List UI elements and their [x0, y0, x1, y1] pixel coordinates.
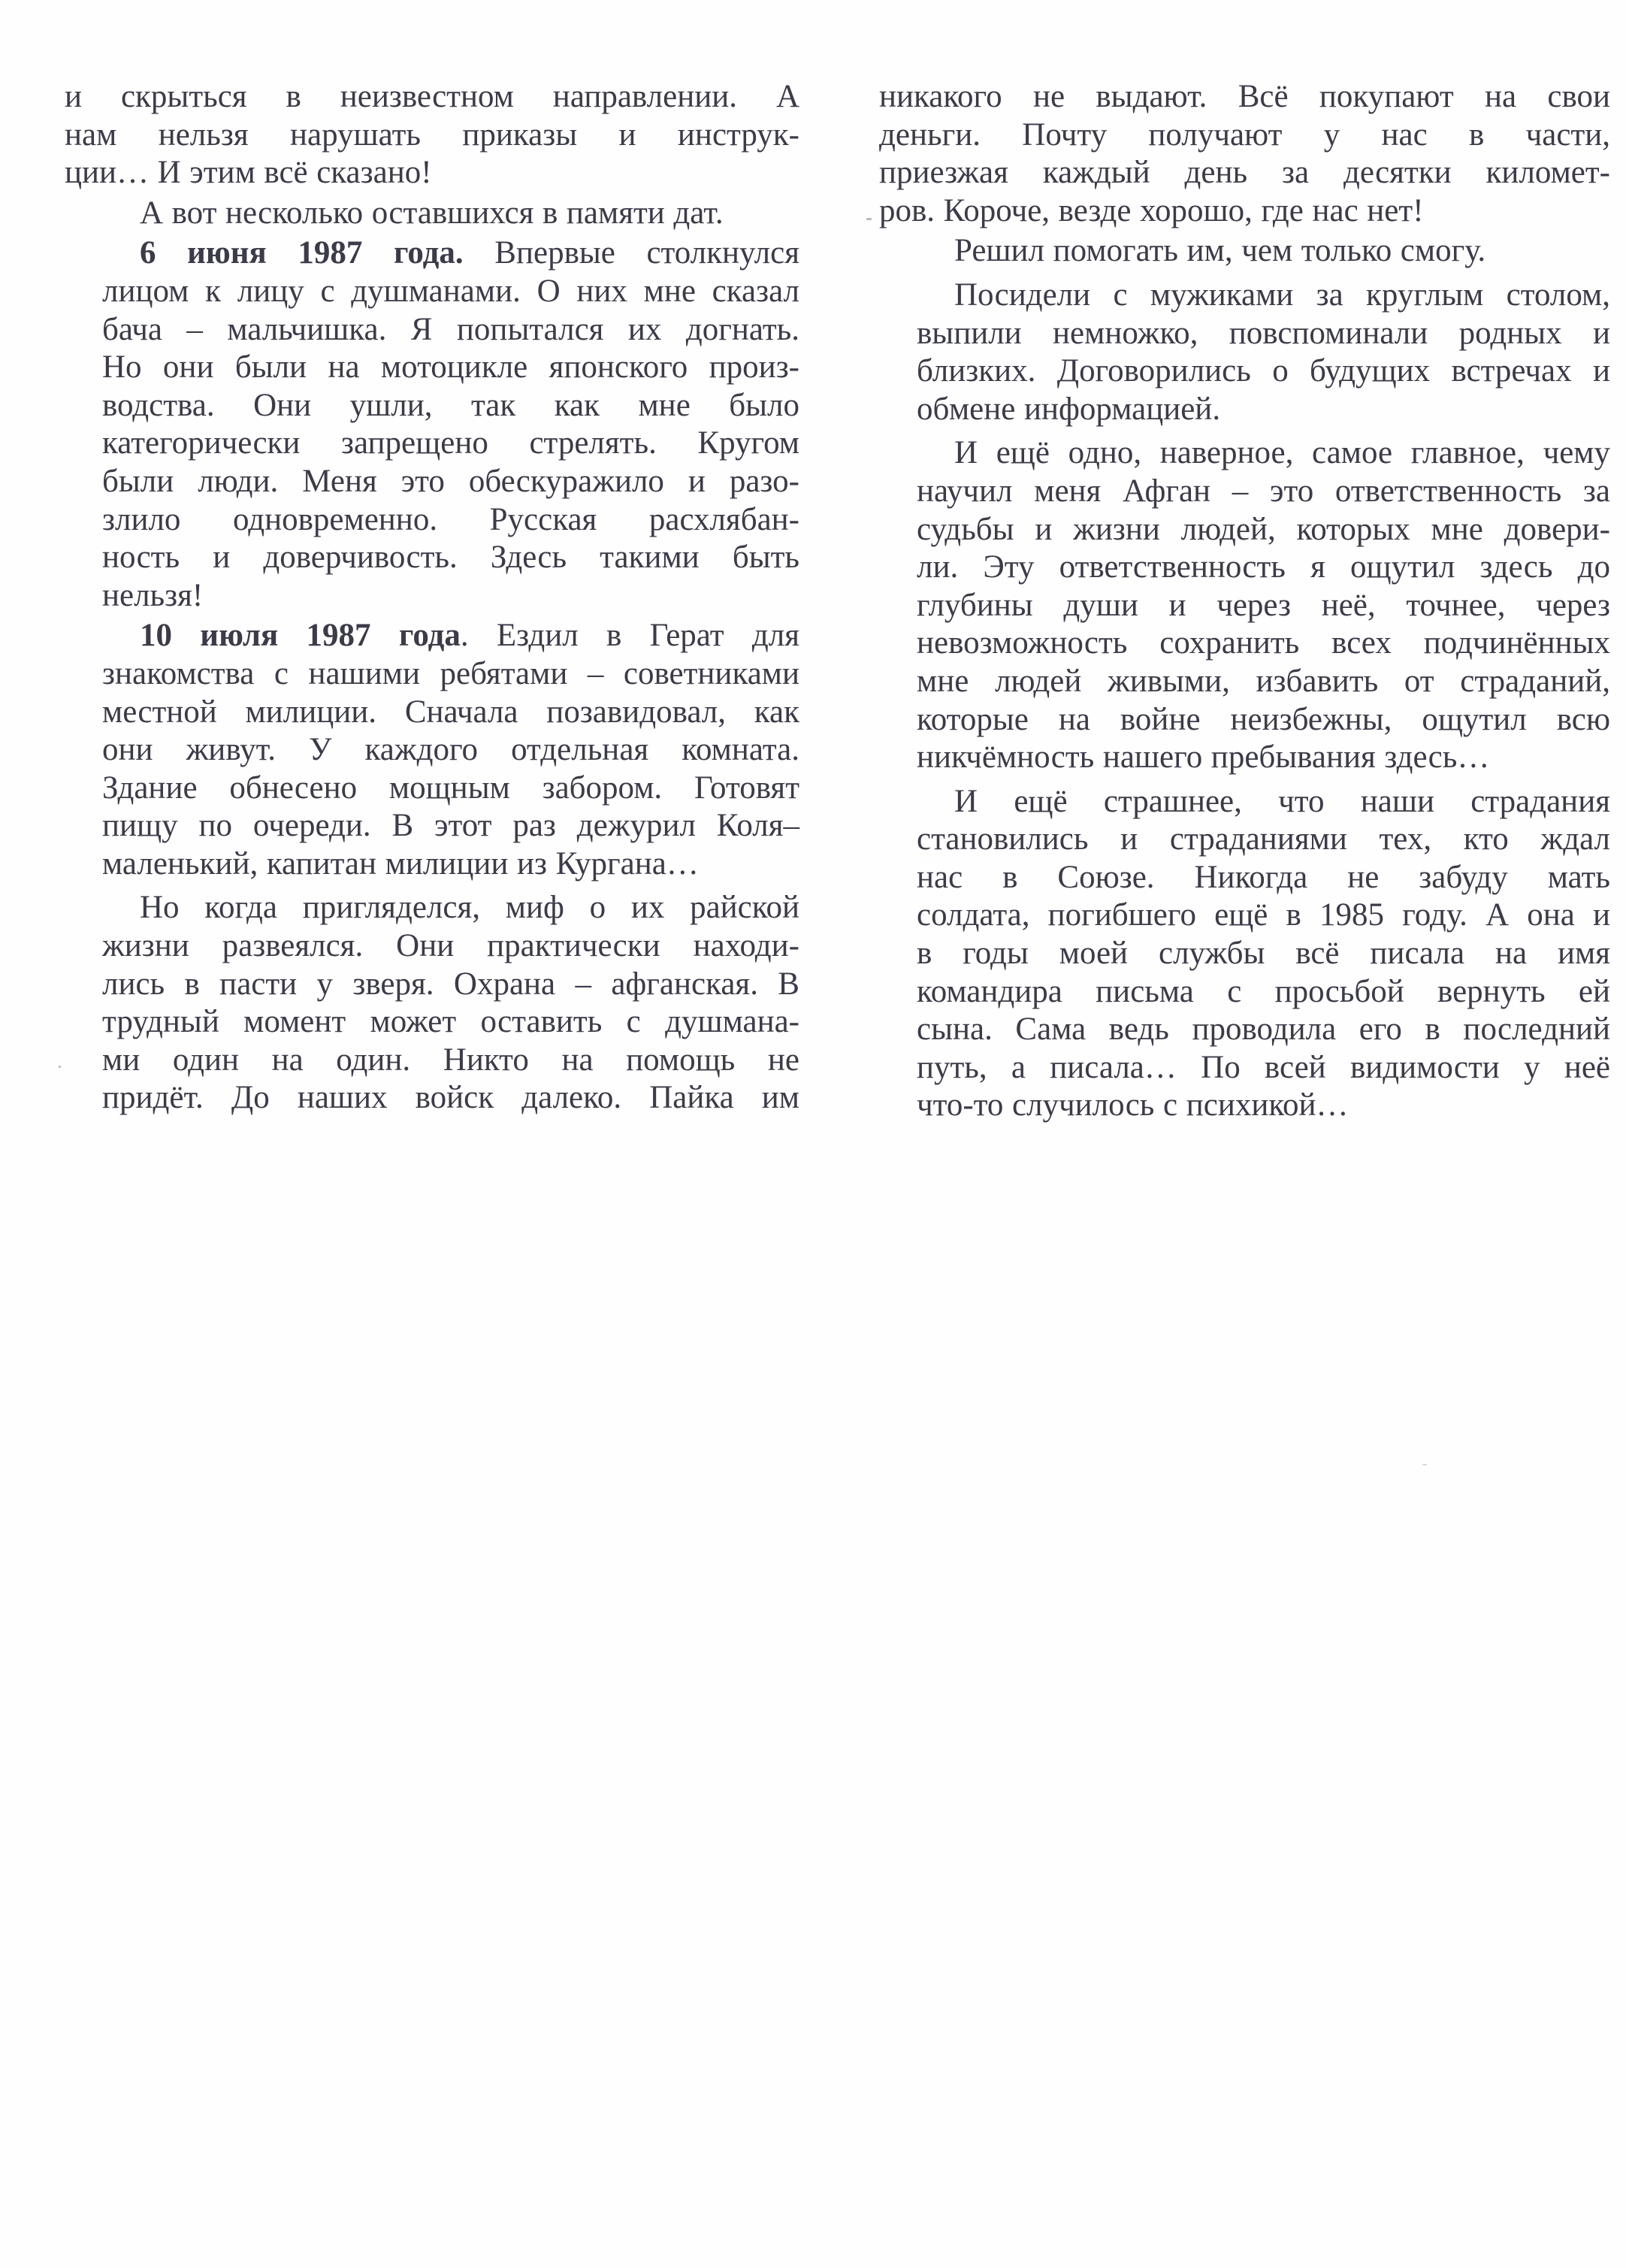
- text-line: путь, а писала… По всей видимости у неё: [879, 1049, 1610, 1087]
- text-line: выпили немножко, повспоминали родных и: [879, 315, 1610, 353]
- text-line: приезжая каждый день за десятки километ-: [879, 154, 1610, 192]
- text-line: Но когда пригляделся, миф о их райской: [65, 889, 799, 927]
- text-line: сына. Сама ведь проводила его в последни…: [879, 1011, 1610, 1049]
- text-line: судьбы и жизни людей, которых мне довери…: [879, 511, 1610, 549]
- text-line: пищу по очереди. В этот раз дежурил Коля…: [65, 807, 799, 845]
- text-line: нам нельзя нарушать приказы и инструк-: [65, 116, 799, 155]
- paragraph-myth: Но когда пригляделся, миф о их райской ж…: [65, 889, 799, 1117]
- paragraph-continued: и скрыться в неизвестном направлении. А …: [65, 78, 799, 192]
- text-line: солдата, погибшего ещё в 1985 году. А он…: [879, 897, 1610, 935]
- paragraph-july-10: 10 июля 1987 года. Ездил в Герат для зна…: [65, 617, 799, 883]
- paragraph-decided-to-help: Решил помогать им, чем только смогу.: [879, 232, 1610, 271]
- text-line: придёт. До наших войск далеко. Пайка им: [65, 1079, 799, 1117]
- text-line: лись в пасти у зверя. Охрана – афганская…: [65, 966, 799, 1004]
- text-line: мне людей живыми, избавить от страданий,: [879, 663, 1610, 701]
- paragraph-mother: И ещё страшнее, что наши страдания стано…: [879, 783, 1610, 1125]
- text-line: ров. Короче, везде хорошо, где нас нет!: [879, 192, 1610, 231]
- left-text-column: и скрыться в неизвестном направлении. А …: [65, 78, 799, 1120]
- text-line: нас в Союзе. Никогда не забуду мать: [879, 859, 1610, 897]
- text-line: знакомства с нашими ребятами – советника…: [65, 655, 799, 694]
- text-line: трудный момент может оставить с душмана-: [65, 1003, 799, 1042]
- text-line: они живут. У каждого отдельная комната.: [65, 731, 799, 770]
- text-line: ми один на один. Никто на помощь не: [65, 1042, 799, 1080]
- text-line: жизни развеялся. Они практически находи-: [65, 927, 799, 966]
- text-line: категорически запрещено стрелять. Кругом: [65, 425, 799, 463]
- paragraph-continued: никакого не выдают. Всё покупают на свои…: [879, 78, 1610, 230]
- text-line: злило одновременно. Русская расхлябан-: [65, 501, 799, 540]
- text-line: нельзя!: [65, 577, 799, 615]
- scan-speck: [59, 1066, 61, 1068]
- text-line: в годы моей службы всё писала на имя: [879, 935, 1610, 973]
- scan-speck: [866, 218, 872, 220]
- text-line: Посидели с мужиками за круглым столом,: [879, 277, 1610, 315]
- text-line: маленький, капитан милиции из Кургана…: [65, 845, 799, 884]
- text-fragment: . Ездил в Герат для: [461, 618, 799, 653]
- text-line: которые на войне неизбежны, ощутил всю: [879, 701, 1610, 739]
- text-line: лицом к лицу с душманами. О них мне сказ…: [65, 273, 799, 311]
- text-line: местной милиции. Сначала позавидовал, ка…: [65, 694, 799, 732]
- text-line: что-то случилось с психикой…: [879, 1087, 1610, 1125]
- paragraph-june-6: 6 июня 1987 года. Впервые столкнулся лиц…: [65, 234, 799, 615]
- text-line: никчёмность нашего пребывания здесь…: [879, 739, 1610, 777]
- text-line: Но они были на мотоцикле японского произ…: [65, 349, 799, 387]
- text-line: деньги. Почту получают у нас в части,: [879, 116, 1610, 155]
- text-line: глубины души и через неё, точнее, через: [879, 587, 1610, 625]
- text-line: обмене информацией.: [879, 391, 1610, 429]
- text-line: Здание обнесено мощным забором. Готовят: [65, 770, 799, 808]
- text-line: никакого не выдают. Всё покупают на свои: [879, 78, 1610, 116]
- text-line: И ещё страшнее, что наши страдания: [879, 783, 1610, 821]
- paragraph-responsibility: И ещё одно, наверное, самое главное, чем…: [879, 434, 1610, 776]
- text-line: И ещё одно, наверное, самое главное, чем…: [879, 434, 1610, 473]
- text-line: невозможность сохранить всех подчинённых: [879, 624, 1610, 663]
- text-line: водства. Они ушли, так как мне было: [65, 387, 799, 425]
- text-line: 6 июня 1987 года. Впервые столкнулся: [65, 234, 799, 273]
- text-line: ции… И этим всё сказано!: [65, 154, 799, 192]
- text-line: 10 июля 1987 года. Ездил в Герат для: [65, 617, 799, 655]
- text-line: Решил помогать им, чем только смогу.: [879, 232, 1610, 271]
- paragraph-dates-intro: А вот несколько оставшихся в памяти дат.: [65, 195, 799, 233]
- text-line: близких. Договорились о будущих встречах…: [879, 352, 1610, 391]
- text-line: были люди. Меня это обескуражило и разо-: [65, 463, 799, 501]
- book-page: и скрыться в неизвестном направлении. А …: [0, 0, 1626, 2268]
- text-line: ность и доверчивость. Здесь такими быть: [65, 539, 799, 577]
- text-line: и скрыться в неизвестном направлении. А: [65, 78, 799, 116]
- date-heading: 6 июня 1987 года.: [140, 235, 464, 271]
- text-line: бача – мальчишка. Я попытался их догнать…: [65, 311, 799, 349]
- text-line: командира письма с просьбой вернуть ей: [879, 973, 1610, 1012]
- date-heading: 10 июля 1987 года: [140, 618, 461, 653]
- text-line: ли. Эту ответственность я ощутил здесь д…: [879, 549, 1610, 587]
- text-line: А вот несколько оставшихся в памяти дат.: [65, 195, 799, 233]
- right-text-column: никакого не выдают. Всё покупают на свои…: [879, 78, 1610, 1127]
- scan-speck: [1422, 1464, 1427, 1465]
- text-line: становились и страданиями тех, кто ждал: [879, 821, 1610, 859]
- text-fragment: Впервые столкнулся: [464, 235, 799, 271]
- text-line: научил меня Афган – это ответственность …: [879, 473, 1610, 511]
- paragraph-round-table: Посидели с мужиками за круглым столом, в…: [879, 277, 1610, 428]
